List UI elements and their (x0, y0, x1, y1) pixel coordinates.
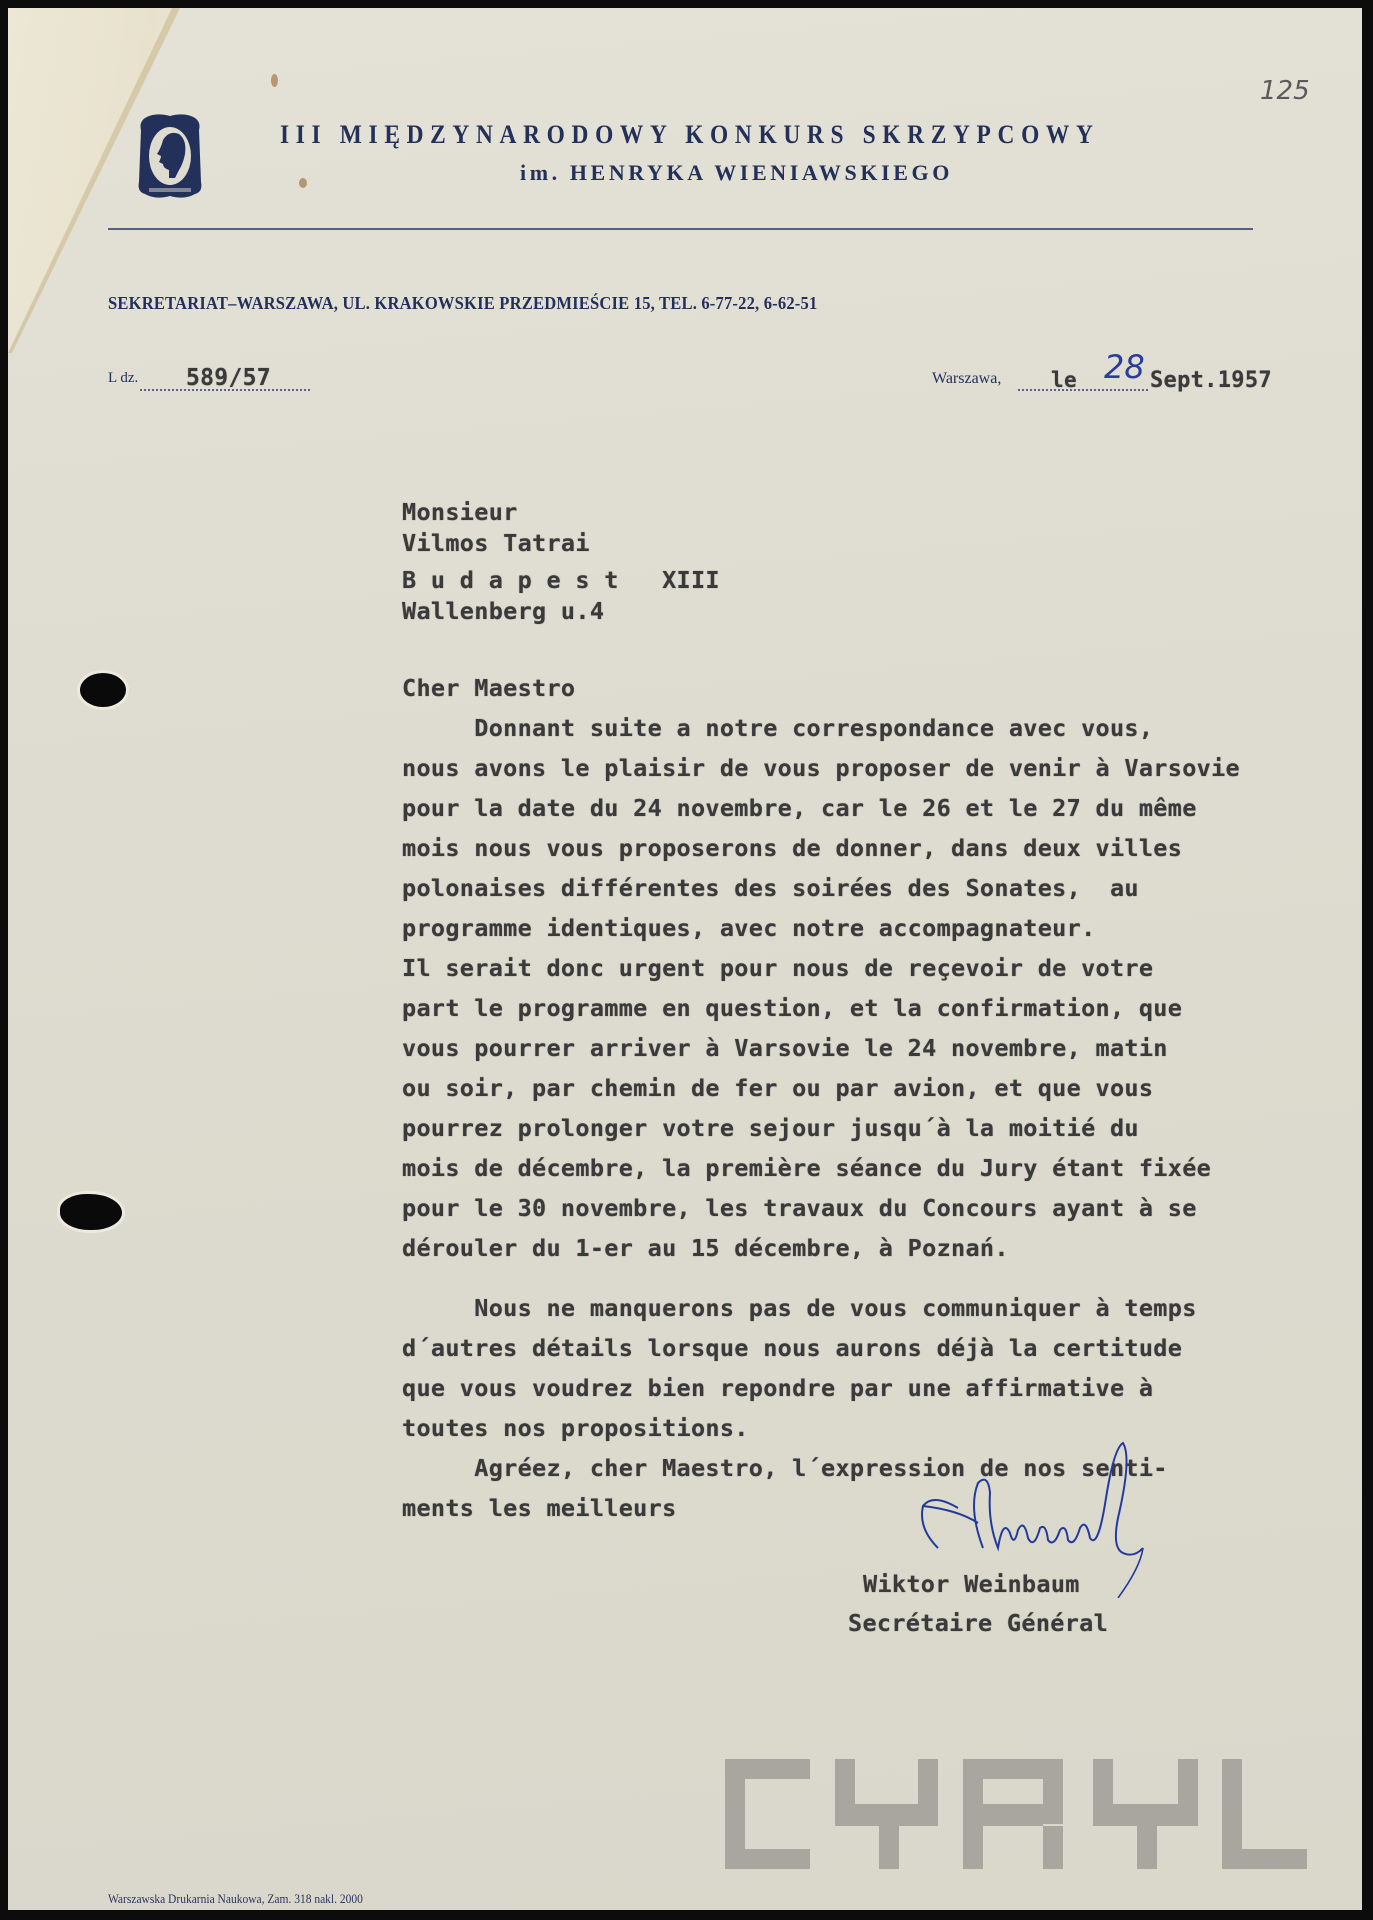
letter-page: 125 III MIĘDZYNARODOWY KONKURS SKRZYPCOW… (8, 8, 1362, 1910)
cyryl-watermark-logo (8, 8, 1362, 1910)
printer-imprint: Warszawska Drukarnia Naukowa, Zam. 318 n… (108, 1892, 363, 1907)
